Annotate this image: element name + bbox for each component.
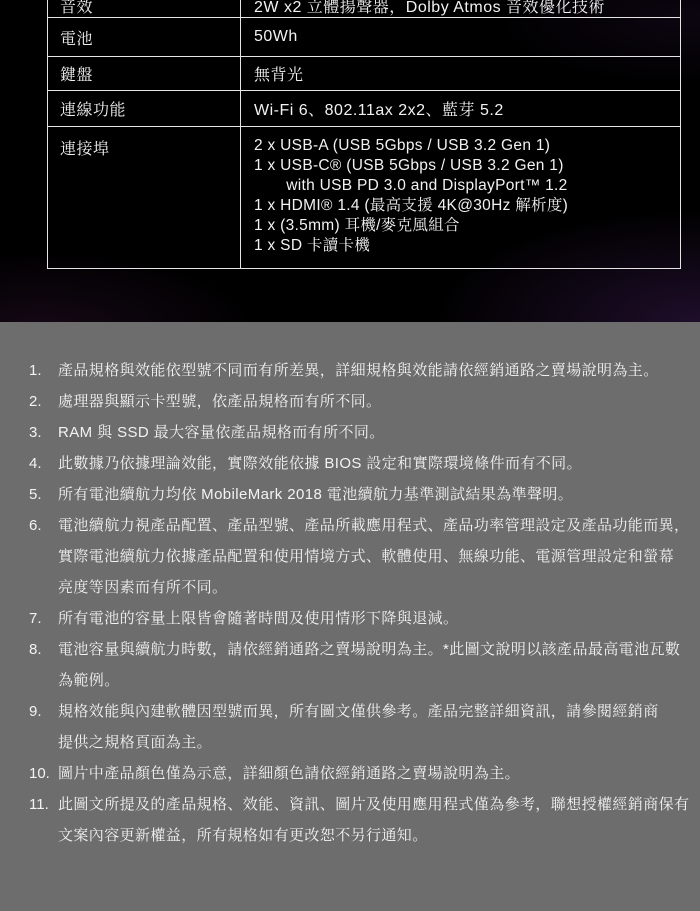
footnote-text: 電池續航力視產品配置、產品型號、產品所載應用程式、產品功率管理設定及產品功能而異… — [58, 510, 698, 603]
spec-row-battery: 電池 50Wh — [48, 18, 681, 57]
spec-row-wireless: 連線功能 Wi-Fi 6、802.11ax 2x2、藍芽 5.2 — [48, 91, 681, 127]
footnote-text: 所有電池續航力均依 MobileMark 2018 電池續航力基準測試結果為準聲… — [58, 479, 698, 510]
footnote-item: 10. 圖片中產品顏色僅為示意，詳細顏色請依經銷通路之賣場說明為主。 — [29, 758, 700, 789]
footnote-item: 11. 此圖文所提及的產品規格、效能、資訊、圖片及使用應用程式僅為參考，聯想授權… — [29, 789, 700, 851]
footnote-text: 產品規格與效能依型號不同而有所差異，詳細規格與效能請依經銷通路之賣場說明為主。 — [58, 355, 698, 386]
footnotes-section: 1. 產品規格與效能依型號不同而有所差異，詳細規格與效能請依經銷通路之賣場說明為… — [0, 322, 700, 911]
footnote-item: 4. 此數據乃依據理論效能，實際效能依據 BIOS 設定和實際環境條件而有不同。 — [29, 448, 700, 479]
footnote-text: 此數據乃依據理論效能，實際效能依據 BIOS 設定和實際環境條件而有不同。 — [58, 448, 698, 479]
footnote-item: 9. 規格效能與內建軟體因型號而異，所有圖文僅供參考。產品完整詳細資訊，請參閱經… — [29, 696, 700, 758]
footnote-text: 圖片中產品顏色僅為示意，詳細顏色請依經銷通路之賣場說明為主。 — [58, 758, 698, 789]
footnote-number: 10. — [29, 758, 58, 789]
footnote-item: 7. 所有電池的容量上限皆會隨著時間及使用情形下降與退減。 — [29, 603, 700, 634]
footnote-number: 4. — [29, 448, 58, 479]
spec-value-audio: 2W x2 立體揚聲器，Dolby Atmos 音效優化技術 — [241, 0, 681, 18]
spec-row-keyboard: 鍵盤 無背光 — [48, 57, 681, 91]
footnote-number: 11. — [29, 789, 58, 820]
spec-label-ports: 連接埠 — [48, 127, 241, 269]
spec-label-wireless: 連線功能 — [48, 91, 241, 127]
footnote-text: 電池容量與續航力時數，請依經銷通路之賣場說明為主。*此圖文說明以該產品最高電池瓦… — [58, 634, 698, 696]
footnote-item: 8. 電池容量與續航力時數，請依經銷通路之賣場說明為主。*此圖文說明以該產品最高… — [29, 634, 700, 696]
footnote-number: 7. — [29, 603, 58, 634]
footnote-text: RAM 與 SSD 最大容量依產品規格而有所不同。 — [58, 417, 698, 448]
spec-label-keyboard: 鍵盤 — [48, 57, 241, 91]
spec-value-ports: 2 x USB-A (USB 5Gbps / USB 3.2 Gen 1) 1 … — [241, 127, 681, 269]
footnote-item: 6. 電池續航力視產品配置、產品型號、產品所載應用程式、產品功率管理設定及產品功… — [29, 510, 700, 603]
spec-label-audio: 音效 — [48, 0, 241, 18]
footnote-number: 9. — [29, 696, 58, 727]
product-spec-page: 音效 2W x2 立體揚聲器，Dolby Atmos 音效優化技術 電池 50W… — [0, 0, 700, 911]
spec-value-wireless: Wi-Fi 6、802.11ax 2x2、藍芽 5.2 — [241, 91, 681, 127]
footnote-text: 此圖文所提及的產品規格、效能、資訊、圖片及使用應用程式僅為參考，聯想授權經銷商保… — [58, 789, 698, 851]
footnote-item: 5. 所有電池續航力均依 MobileMark 2018 電池續航力基準測試結果… — [29, 479, 700, 510]
footnote-number: 6. — [29, 510, 58, 541]
footnote-item: 1. 產品規格與效能依型號不同而有所差異，詳細規格與效能請依經銷通路之賣場說明為… — [29, 355, 700, 386]
footnote-number: 3. — [29, 417, 58, 448]
spec-row-ports: 連接埠 2 x USB-A (USB 5Gbps / USB 3.2 Gen 1… — [48, 127, 681, 269]
footnote-number: 1. — [29, 355, 58, 386]
footnote-item: 3. RAM 與 SSD 最大容量依產品規格而有所不同。 — [29, 417, 700, 448]
spec-value-battery: 50Wh — [241, 18, 681, 57]
footnote-text: 處理器與顯示卡型號，依產品規格而有所不同。 — [58, 386, 698, 417]
spec-row-audio: 音效 2W x2 立體揚聲器，Dolby Atmos 音效優化技術 — [48, 0, 681, 18]
spec-value-keyboard: 無背光 — [241, 57, 681, 91]
spec-section: 音效 2W x2 立體揚聲器，Dolby Atmos 音效優化技術 電池 50W… — [0, 0, 700, 322]
footnote-item: 2. 處理器與顯示卡型號，依產品規格而有所不同。 — [29, 386, 700, 417]
spec-table: 音效 2W x2 立體揚聲器，Dolby Atmos 音效優化技術 電池 50W… — [47, 0, 681, 269]
footnote-number: 8. — [29, 634, 58, 665]
footnote-text: 所有電池的容量上限皆會隨著時間及使用情形下降與退減。 — [58, 603, 698, 634]
footnote-number: 2. — [29, 386, 58, 417]
footnote-text: 規格效能與內建軟體因型號而異，所有圖文僅供參考。產品完整詳細資訊，請參閱經銷商 … — [58, 696, 698, 758]
footnote-number: 5. — [29, 479, 58, 510]
spec-label-battery: 電池 — [48, 18, 241, 57]
